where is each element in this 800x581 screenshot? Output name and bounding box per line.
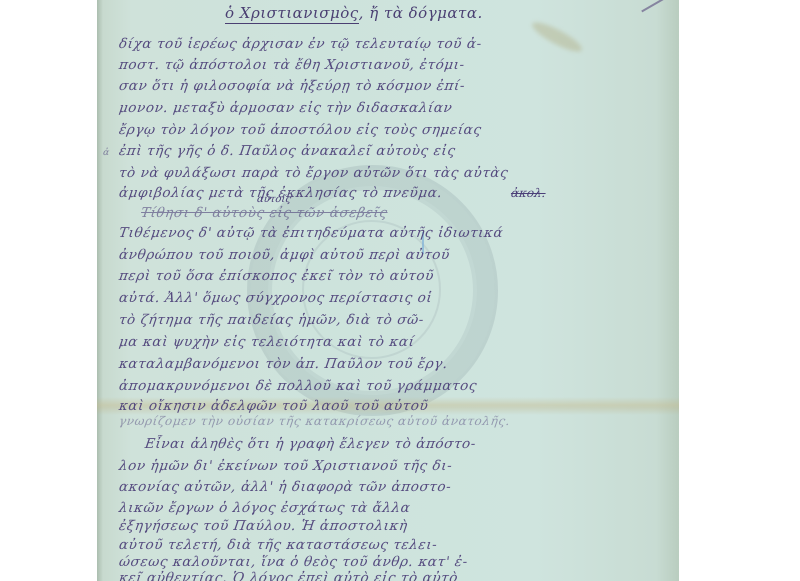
manuscript-line: δίχα τοῦ ἱερέως ἀρχισαν ἐν τῷ τελευταίῳ …: [118, 36, 483, 52]
manuscript-line: ακονίας αὐτῶν, ἀλλ' ἡ διαφορὰ τῶν ἀποστο…: [118, 479, 453, 495]
manuscript-line: Τιθέμενος δ' αὐτῷ τὰ ἐπιτηδεύματα αὐτῆς …: [118, 225, 505, 241]
manuscript-line: ἐξηγήσεως τοῦ Παύλου. Ἡ ἀποστολικὴ: [118, 518, 409, 534]
manuscript-line: καὶ οἴκησιν ἀδελφῶν τοῦ λαοῦ τοῦ αὐτοῦ: [118, 398, 430, 414]
manuscript-line: τὸ ζήτημα τῆς παιδείας ἡμῶν, διὰ τὸ σῶ-: [118, 312, 425, 328]
manuscript-line: λικῶν ἔργων ὁ λόγος ἐσχάτως τὰ ἄλλα: [118, 500, 412, 516]
manuscript-line: μα καὶ ψυχὴν εἰς τελειότητα καὶ τὸ καί: [118, 334, 416, 350]
manuscript-line: Εἶναι ἀληθὲς ὅτι ἡ γραφὴ ἔλεγεν τὸ ἀπόστ…: [144, 436, 477, 452]
paper-stain: [529, 18, 585, 57]
manuscript-line: περὶ τοῦ ὅσα ἐπίσκοπος ἐκεῖ τὸν τὸ αὐτοῦ: [118, 268, 435, 284]
pen-stroke-mark: [641, 0, 665, 12]
manuscript-page: ὁ Χριστιανισμὸς, ἤ τὰ δόγματα. δίχα τοῦ …: [97, 0, 679, 581]
margin-mark-left: ἀ: [102, 148, 109, 158]
faded-line: γνωρίζομεν τὴν οὐσίαν τῆς κατακρίσεως αὐ…: [118, 414, 511, 428]
manuscript-line: αὐτά. Ἀλλ' ὅμως σύγχρονος περίστασις οἱ: [118, 290, 434, 306]
manuscript-line: μονον. μεταξὺ ἁρμοσαν εἰς τὴν διδασκαλία…: [118, 100, 454, 116]
title-part-1: ὁ Χριστιανισμὸς: [225, 4, 359, 24]
manuscript-line: σαν ὅτι ἡ φιλοσοφία νὰ ἠξεύρῃ τὸ κόσμον …: [118, 78, 466, 94]
struck-out-line: Τίθησι δ' αὐτοὺς εἰς τῶν ἀσεβεῖς: [140, 205, 389, 221]
manuscript-line: ἀνθρώπου τοῦ ποιοῦ, ἀμφὶ αὐτοῦ περὶ αὐτο…: [118, 247, 451, 263]
manuscript-line: ώσεως καλοῦνται, ἵνα ὁ θεὸς τοῦ ἀνθρ. κα…: [118, 554, 469, 570]
margin-note-right: ἀκολ.: [510, 186, 547, 200]
manuscript-line: κεῖ αὐθεντίας. Ὁ λόγος ἐπεὶ αὐτὸ εἰς τὸ …: [118, 570, 459, 581]
manuscript-line: ἐπὶ τῆς γῆς ὁ δ. Παῦλος ἀνακαλεῖ αὐτοὺς …: [118, 143, 457, 159]
manuscript-line: ποστ. τῷ ἀπόστολοι τὰ ἔθη Χριστιανοῦ, ἐτ…: [118, 57, 466, 73]
title-part-2: , ἤ τὰ δόγματα.: [359, 4, 483, 22]
manuscript-line: ἔργῳ τὸν λόγον τοῦ ἀποστόλου εἰς τοὺς ση…: [118, 122, 483, 138]
interlinear-insertion: αὐτοῖς: [256, 194, 291, 205]
manuscript-line: τὸ νὰ φυλάξωσι παρὰ τὸ ἔργον αὐτῶν ὅτι τ…: [118, 165, 510, 181]
manuscript-line: αὐτοῦ τελετή, διὰ τῆς καταστάσεως τελει-: [118, 537, 439, 553]
page-title: ὁ Χριστιανισμὸς, ἤ τὰ δόγματα.: [225, 4, 483, 22]
manuscript-line: ἀπομακρυνόμενοι δὲ πολλοῦ καὶ τοῦ γράμμα…: [118, 378, 478, 394]
manuscript-line: λον ἡμῶν δι' ἐκείνων τοῦ Χριστιανοῦ τῆς …: [118, 458, 454, 474]
manuscript-line: καταλαμβανόμενοι τὸν ἀπ. Παῦλον τοῦ ἔργ.: [118, 356, 449, 372]
